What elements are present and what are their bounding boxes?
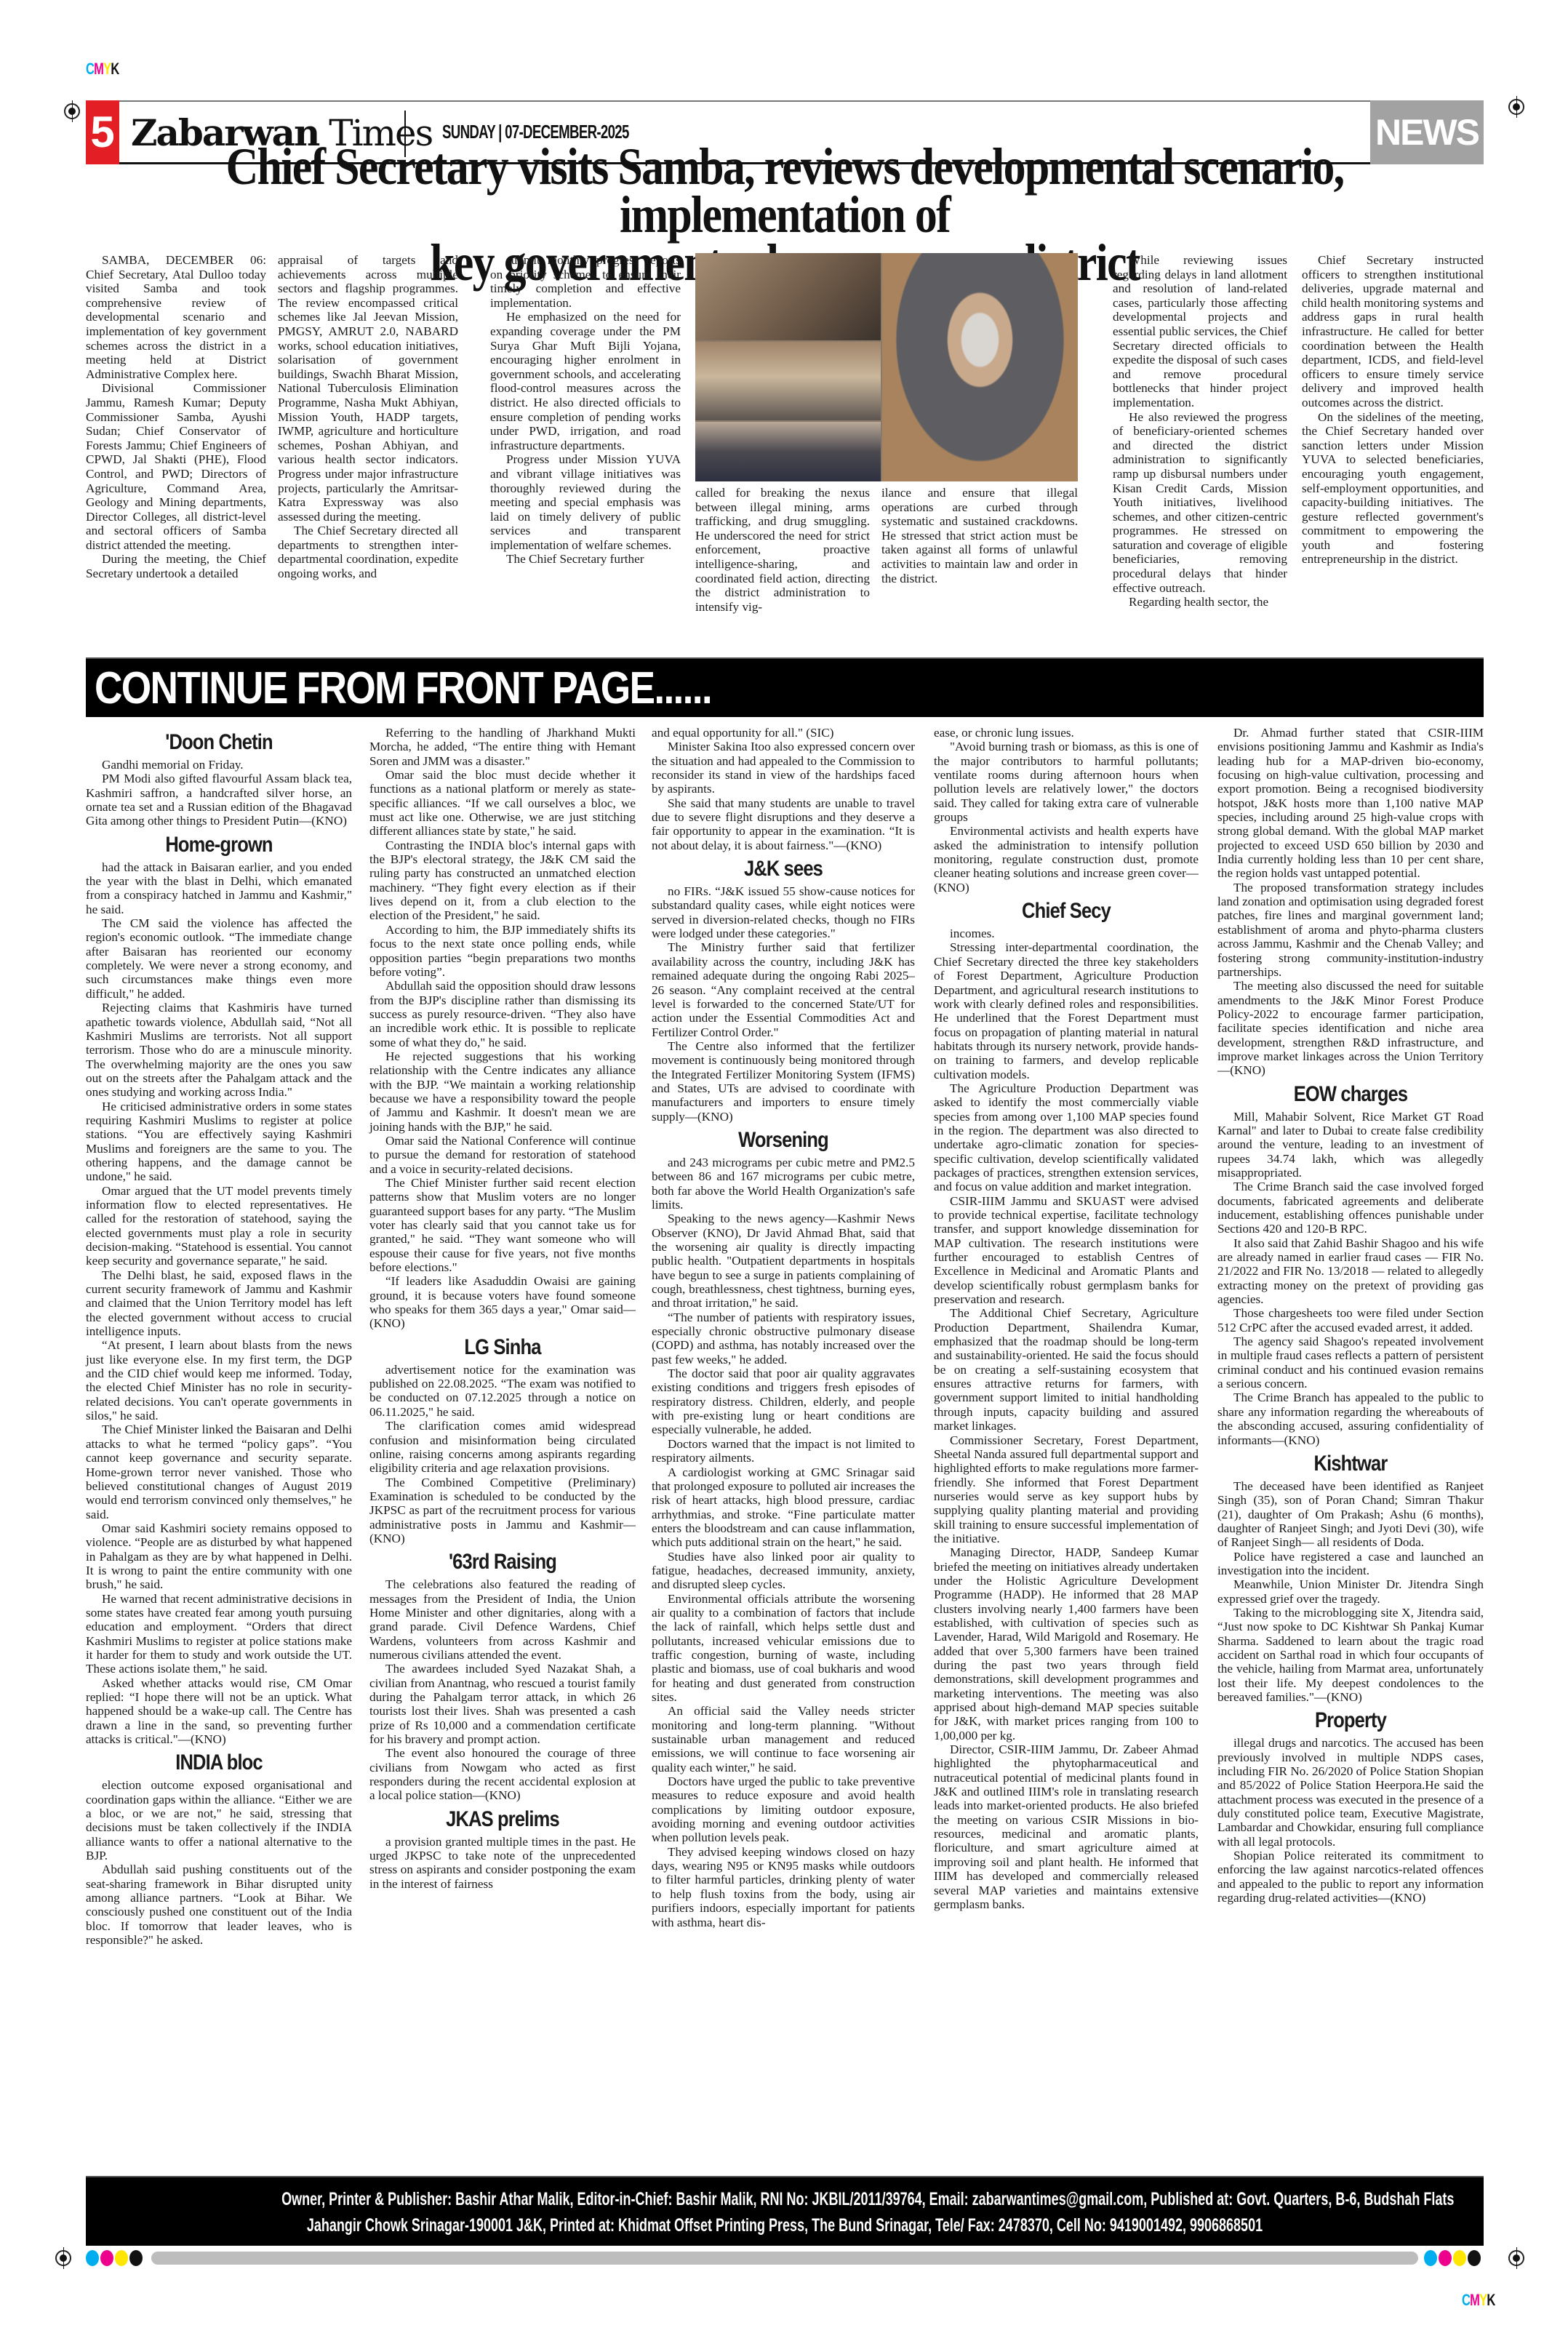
article-paragraph: According to him, the BJP immediately sh… [369,923,636,979]
cmyk-m: M [94,60,103,78]
article-paragraph: SAMBA, DECEMBER 06: Chief Secretary, Ata… [86,253,266,381]
imprint-line-1: Owner, Printer & Publisher: Bashir Athar… [281,2186,1288,2212]
article-paragraph: He rejected suggestions that his working… [369,1049,636,1134]
article-paragraph: The Crime Branch said the case involved … [1217,1180,1484,1236]
yellow-dot-icon [1453,2250,1466,2266]
article-paragraph: It also said that Zahid Bashir Shagoo an… [1217,1236,1484,1307]
article-paragraph: During the meeting, the Chief Secretary … [86,552,266,580]
article-paragraph: ease, or chronic lung issues. [934,726,1199,740]
article-paragraph: The event also honoured the courage of t… [369,1746,636,1802]
article-paragraph: The Crime Branch has appealed to the pub… [1217,1390,1484,1446]
sub-heading: INDIA bloc [105,1749,332,1777]
magenta-dot-icon [1439,2250,1452,2266]
article-paragraph: On the sidelines of the meeting, the Chi… [1302,410,1484,567]
black-dot-icon [1468,2250,1481,2266]
sub-heading: '63rd Raising [389,1548,615,1576]
article-paragraph: CSIR-IIIM Jammu and SKUAST were advised … [934,1194,1199,1307]
article-paragraph: incomes. [934,927,1199,940]
cyan-dot-icon [86,2250,99,2266]
article-paragraph: He criticised administrative orders in s… [86,1100,352,1184]
article-paragraph: Commissioner Secretary, Forest Departmen… [934,1433,1199,1546]
continue-banner-label: CONTINUE FROM FRONT PAGE...... [95,663,711,714]
lead-column-4: called for breaking the nexus between il… [695,486,870,614]
article-paragraph: Studies have also linked poor air qualit… [652,1550,915,1592]
sub-heading: Property [1237,1707,1463,1734]
article-paragraph: “At present, I learn about blasts from t… [86,1338,352,1422]
article-paragraph: Taking to the microblogging site X, Jite… [1217,1606,1484,1704]
article-paragraph: appraisal of targets and achievements ac… [278,253,458,524]
cmyk-y: Y [103,60,111,78]
article-paragraph: He also reviewed the progress of benefic… [1113,410,1287,596]
article-paragraph: election outcome exposed organisational … [86,1778,352,1862]
article-paragraph: Omar said the National Conference will c… [369,1134,636,1176]
article-paragraph: Referring to the handling of Jharkhand M… [369,726,636,768]
article-paragraph: Omar argued that the UT model prevents t… [86,1184,352,1268]
article-paragraph: The deceased have been identified as Ran… [1217,1479,1484,1550]
article-paragraph: While reviewing issues regarding delays … [1113,253,1287,410]
cmyk-c: C [1462,2291,1470,2309]
page-number: 5 [86,100,119,164]
lead-column-7: Chief Secretary instructed officers to s… [1302,253,1484,567]
article-paragraph: The clarification comes amid widespread … [369,1419,636,1475]
article-paragraph: Shopian Police reiterated its commitment… [1217,1849,1484,1905]
yellow-dot-icon [115,2250,128,2266]
continued-column-5: Dr. Ahmad further stated that CSIR-IIIM … [1217,726,1484,1905]
article-paragraph: Doctors warned that the impact is not li… [652,1437,915,1465]
article-paragraph: Rejecting claims that Kashmiris have tur… [86,1001,352,1099]
black-dot-icon [129,2250,143,2266]
article-paragraph: and equal opportunity for all." (SIC) [652,726,915,740]
article-paragraph: Meanwhile, Union Minister Dr. Jitendra S… [1217,1577,1484,1606]
article-paragraph: The doctor said that poor air quality ag… [652,1366,915,1437]
sub-heading: J&K sees [671,855,895,883]
article-paragraph: The Chief Secretary directed all departm… [278,524,458,580]
cmyk-y: Y [1479,2291,1487,2309]
article-paragraph: He emphasized on the need for expanding … [490,310,681,452]
article-paragraph: A cardiologist working at GMC Srinagar s… [652,1465,915,1550]
photo-chief-secretary [882,253,1078,481]
article-paragraph: advertisement notice for the examination… [369,1363,636,1419]
lead-column-1: SAMBA, DECEMBER 06: Chief Secretary, Ata… [86,253,266,581]
article-paragraph: had the attack in Baisaran earlier, and … [86,860,352,916]
article-paragraph: Speaking to the news agency—Kashmir News… [652,1212,915,1310]
article-paragraph: The Chief Minister further said recent e… [369,1176,636,1274]
article-paragraph: The Combined Competitive (Preliminary) E… [369,1476,636,1546]
lead-column-2: appraisal of targets and achievements ac… [278,253,458,581]
cmyk-c: C [86,60,94,78]
photo-audience [695,422,881,481]
registration-mark-icon [1508,99,1524,115]
article-paragraph: Abdullah said pushing constituents out o… [86,1862,352,1947]
article-paragraph: Police have registered a case and launch… [1217,1550,1484,1578]
continued-column-2: Referring to the handling of Jharkhand M… [369,726,636,1891]
grey-bar [151,2252,1418,2265]
article-paragraph: and 243 micrograms per cubic metre and P… [652,1156,915,1212]
cmyk-k: K [1487,2291,1495,2309]
cmyk-m: M [1470,2291,1479,2309]
article-paragraph: The Agriculture Production Department wa… [934,1081,1199,1194]
imprint-footer: Owner, Printer & Publisher: Bashir Athar… [86,2176,1484,2246]
article-paragraph: Director, CSIR-IIIM Jammu, Dr. Zabeer Ah… [934,1742,1199,1911]
continued-column-1: 'Doon ChetinGandhi memorial on Friday.PM… [86,726,352,1948]
article-paragraph: The CM said the violence has affected th… [86,916,352,1001]
article-paragraph: Dr. Ahmad further stated that CSIR-IIIM … [1217,726,1484,881]
article-paragraph: Managing Director, HADP, Sandeep Kumar b… [934,1545,1199,1742]
article-paragraph: An official said the Valley needs strict… [652,1704,915,1774]
article-paragraph: no FIRs. “J&K issued 55 show-cause notic… [652,884,915,940]
sub-heading: Chief Secy [953,897,1178,925]
article-paragraph: Doctors have urged the public to take pr… [652,1774,915,1845]
continued-column-3: and equal opportunity for all." (SIC)Min… [652,726,915,1929]
sub-heading: Worsening [671,1127,895,1154]
lead-photo-collage [695,253,1078,481]
article-paragraph: Asked whether attacks would rise, CM Oma… [86,1676,352,1747]
article-paragraph: Omar said Kashmiri society remains oppos… [86,1521,352,1592]
article-paragraph: Contrasting the INDIA bloc's internal ga… [369,839,636,923]
article-paragraph: Mill, Mahabir Solvent, Rice Market GT Ro… [1217,1110,1484,1180]
article-paragraph: Omar said the bloc must decide whether i… [369,768,636,839]
article-paragraph: Gandhi memorial on Friday. [86,758,352,772]
article-paragraph: The proposed transformation strategy inc… [1217,881,1484,979]
article-paragraph: Environmental officials attribute the wo… [652,1592,915,1705]
sub-heading: Home-grown [105,831,332,859]
registration-mark-icon [64,103,80,119]
lead-column-6: While reviewing issues regarding delays … [1113,253,1287,609]
article-paragraph: The Chief Minister linked the Baisaran a… [86,1422,352,1521]
article-paragraph: The Chief Secretary further [490,552,681,567]
cmyk-k: K [111,60,119,78]
registration-mark-icon [55,2250,71,2266]
headline-line-1: Chief Secretary visits Samba, reviews de… [226,137,1344,244]
sub-heading: LG Sinha [389,1334,615,1361]
sub-heading: Kishtwar [1237,1450,1463,1478]
article-paragraph: The celebrations also featured the readi… [369,1577,636,1662]
continue-banner: CONTINUE FROM FRONT PAGE...... [86,657,1484,717]
article-paragraph: The Delhi blast, he said, exposed flaws … [86,1268,352,1339]
article-paragraph: The Ministry further said that fertilize… [652,940,915,1039]
color-calibration-bar [86,2250,1484,2266]
article-paragraph: The Additional Chief Secretary, Agricult… [934,1306,1199,1433]
article-paragraph: The agency said Shagoo's repeated involv… [1217,1334,1484,1390]
article-paragraph: The Centre also informed that the fertil… [652,1039,915,1124]
article-paragraph: called for breaking the nexus between il… [695,486,870,614]
continued-column-4: ease, or chronic lung issues."Avoid burn… [934,726,1199,1911]
article-paragraph: ilance and ensure that illegal operation… [881,486,1078,585]
article-paragraph: “If leaders like Asaduddin Owaisi are ga… [369,1274,636,1330]
article-paragraph: Chief Secretary instructed officers to s… [1302,253,1484,410]
sub-heading: EOW charges [1237,1081,1463,1108]
cmyk-mark-bottom: CMYK [1462,2291,1495,2310]
photo-meeting-hall [695,342,881,420]
imprint-line-2: Jahangir Chowk Srinagar-190001 J&K, Prin… [281,2212,1288,2238]
article-paragraph: illegal drugs and narcotics. The accused… [1217,1736,1484,1849]
cyan-dot-icon [1424,2250,1437,2266]
article-paragraph: “The number of patients with respiratory… [652,1310,915,1366]
article-paragraph: Those chargesheets too were filed under … [1217,1306,1484,1334]
article-paragraph: Minister Sakina Itoo also expressed conc… [652,740,915,796]
article-paragraph: She said that many students are unable t… [652,796,915,852]
article-paragraph: "Avoid burning trash or biomass, as this… [934,740,1199,824]
photo-officials-table [695,253,881,340]
article-paragraph: The meeting also discussed the need for … [1217,979,1484,1077]
article-paragraph: They advised keeping windows closed on h… [652,1845,915,1929]
registration-mark-icon [1508,2250,1524,2266]
section-label: NEWS [1370,100,1484,164]
article-paragraph: PM Modi also gifted flavourful Assam bla… [86,772,352,828]
article-paragraph: Abdullah said the opposition should draw… [369,979,636,1049]
article-paragraph: Environmental activists and health exper… [934,824,1199,895]
article-paragraph: Divisional Commissioner Jammu, Ramesh Ku… [86,381,266,552]
article-paragraph: submit monthly progress reports on prior… [490,253,681,310]
article-paragraph: The awardees included Syed Nazakat Shah,… [369,1662,636,1746]
article-paragraph: He warned that recent administrative dec… [86,1592,352,1676]
article-paragraph: Stressing inter-departmental coordinatio… [934,940,1199,1081]
lead-column-3: submit monthly progress reports on prior… [490,253,681,567]
magenta-dot-icon [100,2250,113,2266]
article-paragraph: Progress under Mission YUVA and vibrant … [490,452,681,552]
article-paragraph: Regarding health sector, the [1113,595,1287,609]
sub-heading: JKAS prelims [389,1806,615,1833]
article-paragraph: a provision granted multiple times in th… [369,1835,636,1891]
cmyk-mark-top: CMYK [86,60,119,79]
sub-heading: 'Doon Chetin [105,729,332,756]
lead-column-5: ilance and ensure that illegal operation… [881,486,1078,585]
